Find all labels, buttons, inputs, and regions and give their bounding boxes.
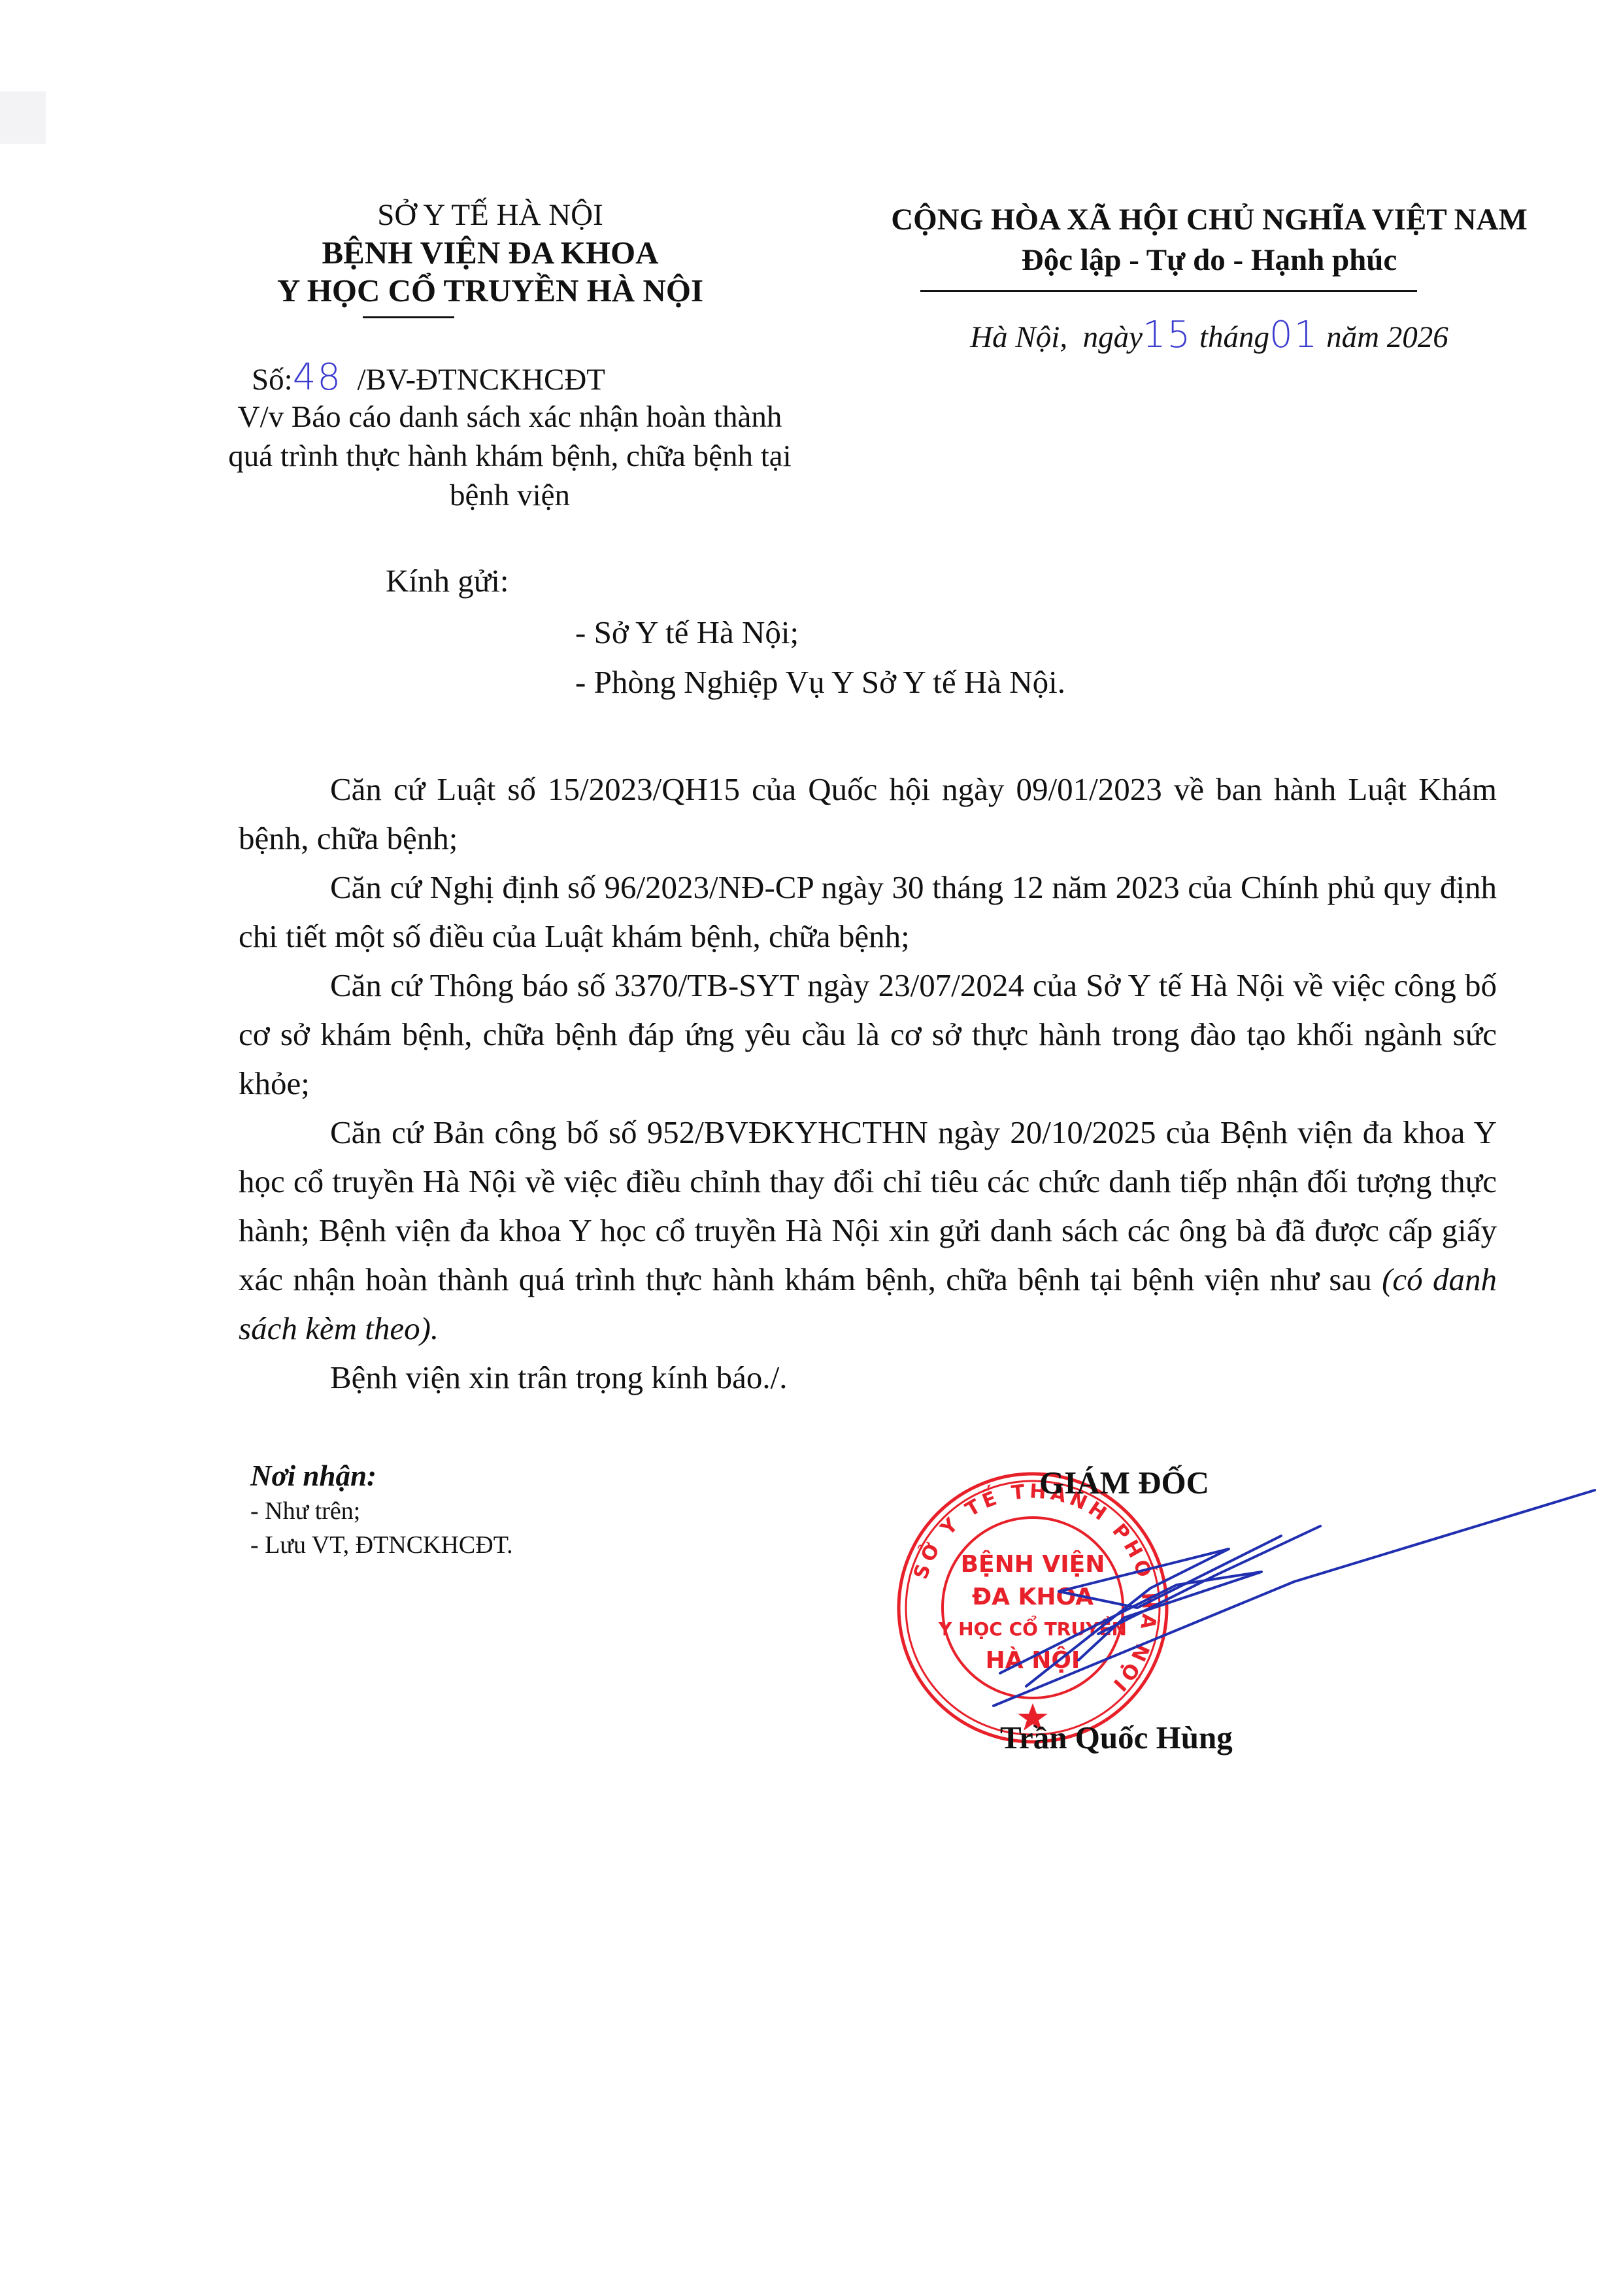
addressee-label: Kính gửi: — [386, 562, 509, 599]
doc-number-label: Số: — [252, 363, 293, 397]
subject-line2: quá trình thực hành khám bệnh, chữa bệnh… — [196, 437, 824, 476]
recipient-item: - Như trên; — [250, 1494, 513, 1528]
body-paragraph: Căn cứ Thông báo số 3370/TB-SYT ngày 23/… — [239, 961, 1497, 1108]
body-paragraph: Căn cứ Nghị định số 96/2023/NĐ-CP ngày 3… — [239, 863, 1497, 961]
header-right-divider — [920, 290, 1417, 292]
date-year: năm 2026 — [1326, 320, 1448, 354]
hospital-name-line1: BỆNH VIỆN ĐA KHOA — [196, 234, 784, 272]
nation-title: CỘNG HÒA XÃ HỘI CHỦ NGHĨA VIỆT NAM — [850, 199, 1569, 240]
body-paragraph: Căn cứ Luật số 15/2023/QH15 của Quốc hội… — [239, 765, 1497, 863]
letter-body: Căn cứ Luật số 15/2023/QH15 của Quốc hội… — [239, 765, 1497, 1402]
date-line: Hà Nội, ngày15 tháng01 năm 2026 — [850, 314, 1569, 356]
date-place: Hà Nội, — [970, 320, 1067, 354]
body-paragraph-text: Căn cứ Bản công bố số 952/BVĐKYHCTHN ngà… — [239, 1114, 1497, 1297]
body-paragraph-final: Căn cứ Bản công bố số 952/BVĐKYHCTHN ngà… — [239, 1108, 1497, 1353]
addressee-item: - Sở Y tế Hà Nội; — [575, 608, 1065, 657]
date-day-label: ngày — [1083, 320, 1143, 354]
scan-artifact — [0, 92, 46, 144]
issuer-header: SỞ Y TẾ HÀ NỘI BỆNH VIỆN ĐA KHOA Y HỌC C… — [196, 196, 784, 310]
addressee-item: - Phòng Nghiệp Vụ Y Sở Y tế Hà Nội. — [575, 657, 1065, 707]
subject-line1: V/v Báo cáo danh sách xác nhận hoàn thàn… — [196, 397, 824, 437]
handwritten-signature-icon — [980, 1477, 1608, 1725]
recipients-block: Nơi nhận: - Như trên; - Lưu VT, ĐTNCKHCĐ… — [250, 1457, 513, 1562]
document-number: Số:48 /BV-ĐTNCKHCĐT — [252, 356, 840, 399]
doc-number-handwritten: 48 — [293, 356, 342, 399]
date-month-label: tháng — [1199, 320, 1269, 354]
addressee-list: - Sở Y tế Hà Nội; - Phòng Nghiệp Vụ Y Sở… — [575, 608, 1065, 707]
header-left-divider — [363, 316, 454, 318]
closing-line: Bệnh viện xin trân trọng kính báo./. — [239, 1353, 1497, 1402]
date-day-handwritten: 15 — [1143, 314, 1192, 356]
recipient-item: - Lưu VT, ĐTNCKHCĐT. — [250, 1528, 513, 1562]
recipients-title: Nơi nhận: — [250, 1457, 513, 1494]
agency-name: SỞ Y TẾ HÀ NỘI — [196, 196, 784, 234]
subject-block: V/v Báo cáo danh sách xác nhận hoàn thàn… — [196, 397, 824, 515]
subject-line3: bệnh viện — [196, 476, 824, 515]
hospital-name-line2: Y HỌC CỔ TRUYỀN HÀ NỘI — [196, 272, 784, 310]
date-month-handwritten: 01 — [1269, 314, 1318, 356]
doc-number-suffix: /BV-ĐTNCKHCĐT — [357, 363, 605, 397]
national-motto: Độc lập - Tự do - Hạnh phúc — [850, 240, 1569, 280]
national-header: CỘNG HÒA XÃ HỘI CHỦ NGHĨA VIỆT NAM Độc l… — [850, 199, 1569, 280]
